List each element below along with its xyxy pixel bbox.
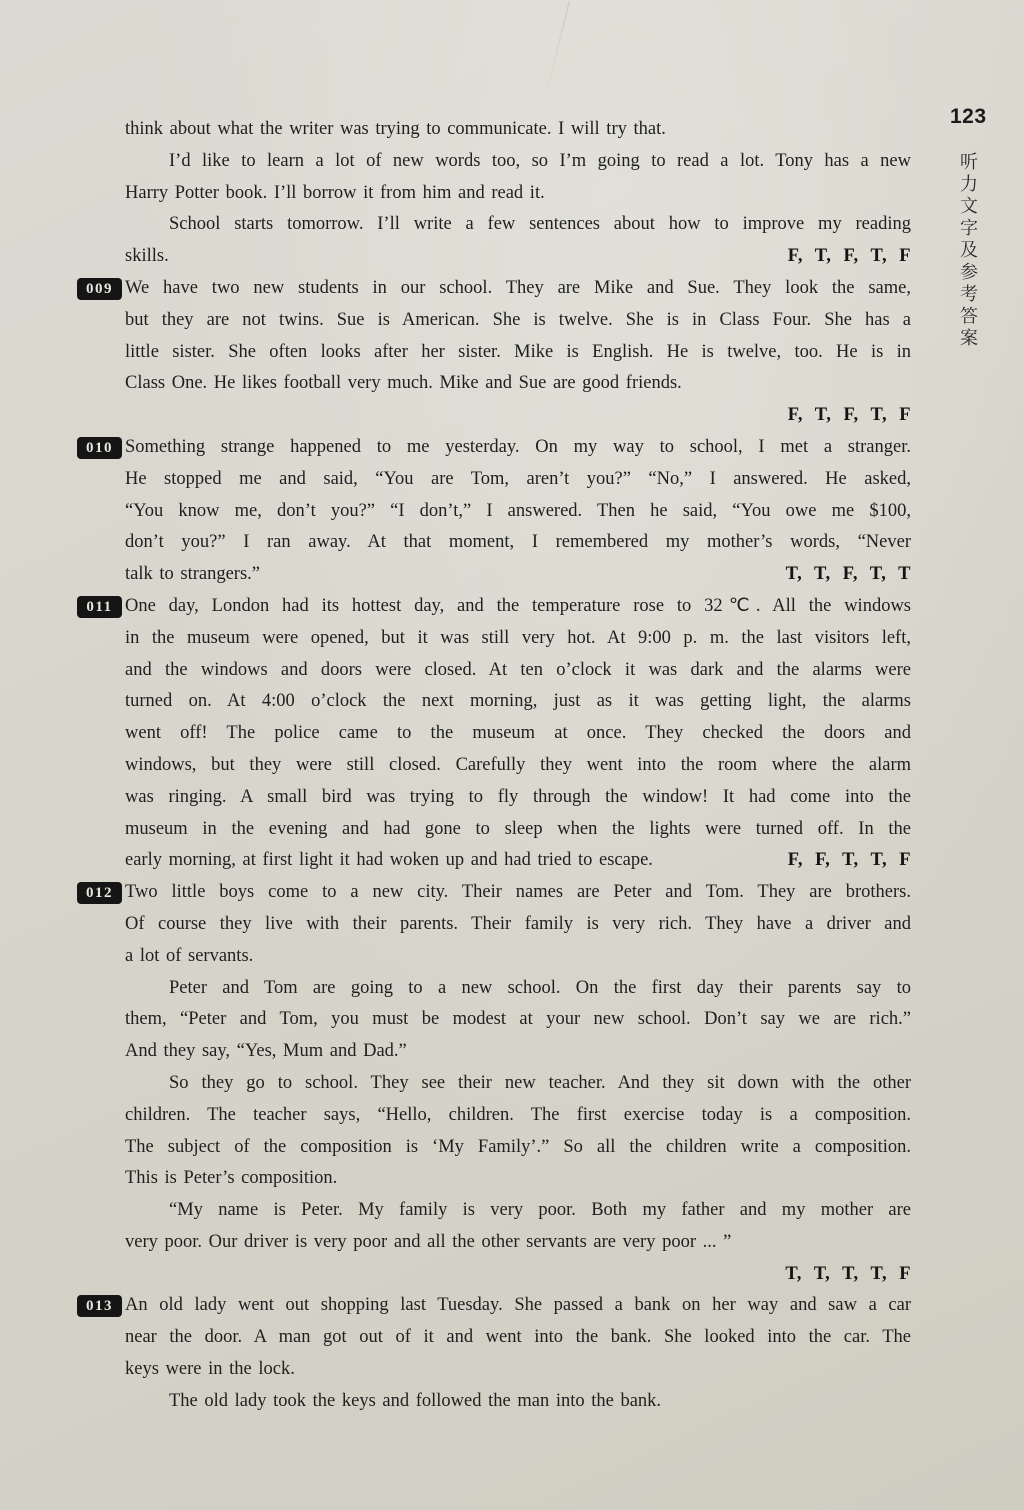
- section-010: 010Something strange happened to me yest…: [125, 432, 911, 591]
- answers-line: F, T, F, T, F: [125, 400, 911, 432]
- text-line: So they go to school. They see their new…: [125, 1068, 911, 1100]
- text-line: Class One. He likes football very much. …: [125, 368, 911, 400]
- answers-inline: F, F, T, T, F: [788, 845, 911, 877]
- text-line: keys were in the lock.: [125, 1354, 911, 1386]
- section-number-badge: 010: [77, 437, 122, 459]
- text-line: skills.F, T, F, T, F: [125, 241, 911, 273]
- text-line: was ringing. A small bird was trying to …: [125, 782, 911, 814]
- text-line: them, “Peter and Tom, you must be modest…: [125, 1004, 911, 1036]
- text-line: early morning, at first light it had wok…: [125, 845, 653, 877]
- text-line: Peter and Tom are going to a new school.…: [125, 973, 911, 1005]
- text-line: near the door. A man got out of it and w…: [125, 1322, 911, 1354]
- text-line: talk to strangers.”T, T, F, T, T: [125, 559, 911, 591]
- section-009: 009We have two new students in our schoo…: [125, 273, 911, 432]
- section-013: 013An old lady went out shopping last Tu…: [125, 1290, 911, 1417]
- answers-line: T, T, T, T, F: [125, 1259, 911, 1291]
- section-continuation: think about what the writer was trying t…: [125, 114, 911, 273]
- text-line: Something strange happened to me yesterd…: [125, 432, 911, 464]
- text-line: in the museum were opened, but it was st…: [125, 623, 911, 655]
- section-number-badge: 009: [77, 278, 122, 300]
- text-line: Of course they live with their parents. …: [125, 909, 911, 941]
- text-line: windows, but they were still closed. Car…: [125, 750, 911, 782]
- text-line: don’t you?” I ran away. At that moment, …: [125, 527, 911, 559]
- text-line: children. The teacher says, “Hello, chil…: [125, 1100, 911, 1132]
- text-line: “My name is Peter. My family is very poo…: [125, 1195, 911, 1227]
- text-line: little sister. She often looks after her…: [125, 337, 911, 369]
- text-line: went off! The police came to the museum …: [125, 718, 911, 750]
- text-line: think about what the writer was trying t…: [125, 114, 911, 146]
- text-line: museum in the evening and had gone to sl…: [125, 814, 911, 846]
- page-number: 123: [950, 105, 987, 129]
- scanned-book-page: 123 听力文字及参考答案 think about what the write…: [0, 0, 1024, 1510]
- section-011: 011One day, London had its hottest day, …: [125, 591, 911, 877]
- text-line: Harry Potter book. I’ll borrow it from h…: [125, 178, 911, 210]
- text-line: Two little boys come to a new city. Thei…: [125, 877, 911, 909]
- text-line: I’d like to learn a lot of new words too…: [125, 146, 911, 178]
- text-line: The subject of the composition is ‘My Fa…: [125, 1132, 911, 1164]
- sidebar-vertical-title: 听力文字及参考答案: [955, 152, 981, 350]
- text-line: And they say, “Yes, Mum and Dad.”: [125, 1036, 911, 1068]
- section-number-badge: 012: [77, 882, 122, 904]
- transcript: think about what the writer was trying t…: [125, 114, 911, 1418]
- text-line: early morning, at first light it had wok…: [125, 845, 911, 877]
- text-line: very poor. Our driver is very poor and a…: [125, 1227, 911, 1259]
- text-line: a lot of servants.: [125, 941, 911, 973]
- section-012: 012Two little boys come to a new city. T…: [125, 877, 911, 1290]
- answers-inline: F, T, F, T, F: [788, 241, 911, 273]
- text-line: and the windows and doors were closed. A…: [125, 655, 911, 687]
- text-line: The old lady took the keys and followed …: [125, 1386, 911, 1418]
- text-line: We have two new students in our school. …: [125, 273, 911, 305]
- text-line: turned on. At 4:00 o’clock the next morn…: [125, 686, 911, 718]
- text-line: One day, London had its hottest day, and…: [125, 591, 911, 623]
- text-line: An old lady went out shopping last Tuesd…: [125, 1290, 911, 1322]
- paper-crease: [542, 1, 571, 108]
- section-number-badge: 013: [77, 1295, 122, 1317]
- text-line: talk to strangers.”: [125, 559, 260, 591]
- text-line: skills.: [125, 241, 169, 273]
- text-line: He stopped me and said, “You are Tom, ar…: [125, 464, 911, 496]
- answers-inline: T, T, F, T, T: [786, 559, 911, 591]
- section-number-badge: 011: [77, 596, 122, 618]
- text-line: This is Peter’s composition.: [125, 1163, 911, 1195]
- text-line: but they are not twins. Sue is American.…: [125, 305, 911, 337]
- text-line: School starts tomorrow. I’ll write a few…: [125, 209, 911, 241]
- text-line: “You know me, don’t you?” “I don’t,” I a…: [125, 496, 911, 528]
